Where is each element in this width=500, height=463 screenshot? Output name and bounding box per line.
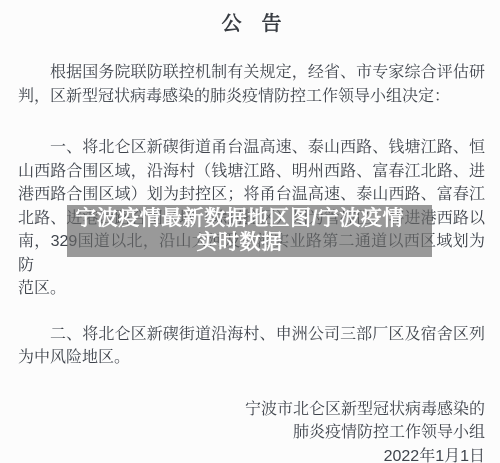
intro-line: 判，区新型冠状病毒感染的肺炎疫情防控工作领导小组决定： [18, 85, 485, 109]
signature-block: 宁波市北仑区新型冠状病毒感染的 肺炎疫情防控工作领导小组 2022年1月1日 [18, 398, 485, 463]
watermark-caption-line: 实时数据 [67, 231, 412, 255]
item-one-line: 范区。 [18, 277, 485, 301]
item-one-line: 港西路合围区域）划为封控区；将甬台温高速、泰山西路、富春江 [18, 183, 485, 207]
intro-paragraph: 根据国务院联防联控机制有关规定，经省、市专家综合评估研 判，区新型冠状病毒感染的… [18, 61, 485, 108]
item-two-line: 二、将北仑区新碶街道沿海村、申洲公司三部厂区及宿舍区列 [18, 323, 485, 347]
watermark-caption-line: 宁波疫情最新数据地区图/宁波疫情 [67, 207, 412, 231]
item-one-line: 山西路合围区域，沿海村（钱塘江路、明州西路、富春江北路、进 [18, 160, 485, 184]
signature-org-line: 宁波市北仑区新型冠状病毒感染的 [18, 398, 485, 422]
signature-date: 2022年1月1日 [18, 445, 485, 463]
watermark-caption: 宁波疫情最新数据地区图/宁波疫情 实时数据 [67, 205, 412, 254]
item-two-paragraph: 二、将北仑区新碶街道沿海村、申洲公司三部厂区及宿舍区列 为中风险地区。 [18, 323, 485, 370]
notice-document: 公 告 根据国务院联防联控机制有关规定，经省、市专家综合评估研 判，区新型冠状病… [0, 0, 500, 463]
item-one-line: 一、将北仑区新碶街道甬台温高速、泰山西路、钱塘江路、恒 [18, 136, 485, 160]
notice-title: 公 告 [18, 0, 485, 38]
signature-org-line: 肺炎疫情防控工作领导小组 [18, 421, 485, 445]
intro-line: 根据国务院联防联控机制有关规定，经省、市专家综合评估研 [18, 61, 485, 85]
watermark-overlay: 宁波疫情最新数据地区图/宁波疫情 实时数据 [67, 205, 432, 257]
item-two-line: 为中风险地区。 [18, 346, 485, 370]
